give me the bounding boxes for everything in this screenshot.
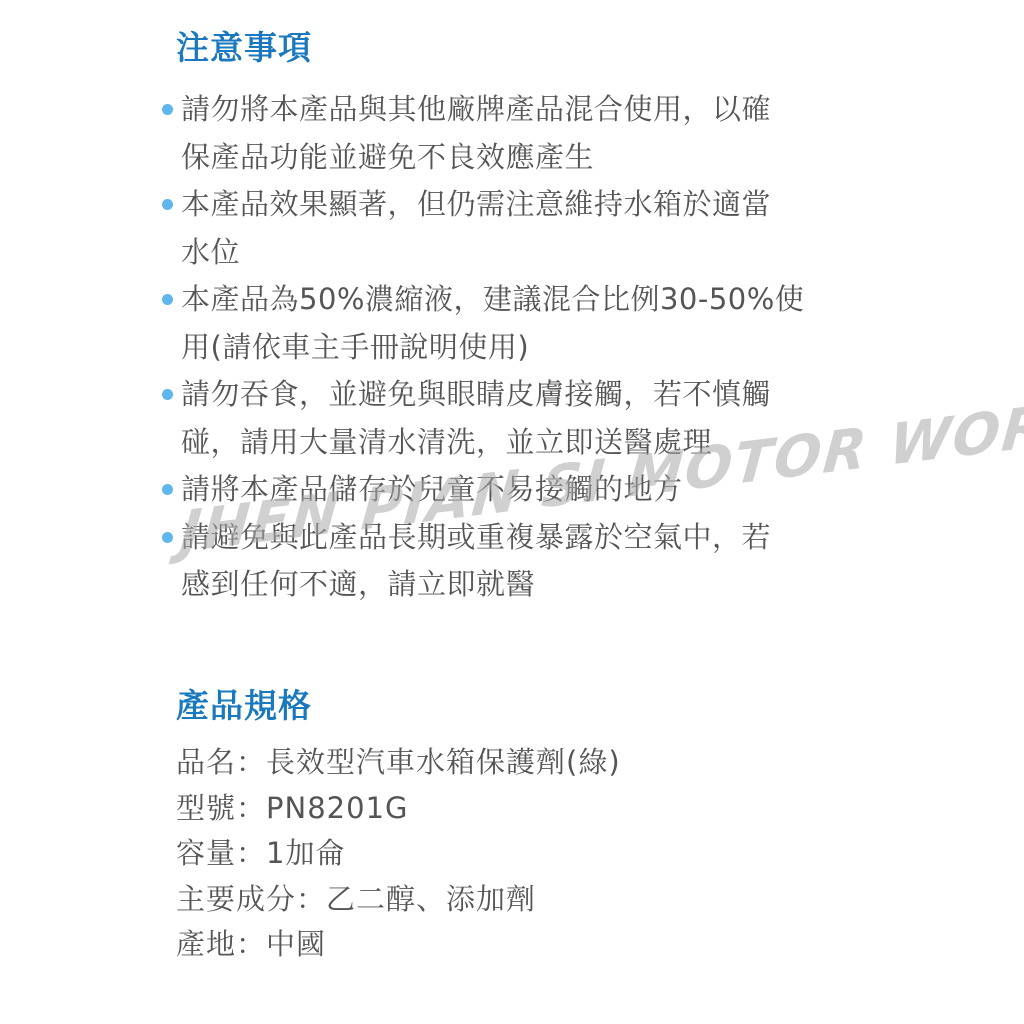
spec-row-model: 型號：PN8201G xyxy=(176,786,621,832)
notes-list: 請勿將本產品與其他廠牌產品混合使用，以確 保產品功能並避免不良效應產生 本產品效… xyxy=(160,86,860,609)
note-item: 請將本產品儲存於兒童不易接觸的地方 xyxy=(160,466,860,514)
bullet-dot-icon xyxy=(162,199,173,210)
spec-value: PN8201G xyxy=(266,791,408,825)
spec-row-capacity: 容量：1加侖 xyxy=(176,831,621,877)
notes-section-title: 注意事項 xyxy=(176,28,312,68)
note-line: 用(請依車主手冊說明使用) xyxy=(181,324,860,372)
spec-row-origin: 產地：中國 xyxy=(176,922,621,968)
spec-list: 品名：長效型汽車水箱保護劑(綠) 型號：PN8201G 容量：1加侖 主要成分：… xyxy=(176,740,621,968)
note-line: 水位 xyxy=(181,229,860,277)
note-line: 請將本產品儲存於兒童不易接觸的地方 xyxy=(181,466,860,514)
bullet-dot-icon xyxy=(162,532,173,543)
note-line: 請勿將本產品與其他廠牌產品混合使用，以確 xyxy=(181,86,860,134)
spec-value: 1加侖 xyxy=(266,836,345,870)
spec-label: 型號 xyxy=(176,791,236,825)
spec-row-name: 品名：長效型汽車水箱保護劑(綠) xyxy=(176,740,621,786)
note-item: 本產品為50%濃縮液，建議混合比例30-50%使 用(請依車主手冊說明使用) xyxy=(160,276,860,371)
spec-label: 產地 xyxy=(176,927,236,961)
spec-separator: ： xyxy=(236,836,266,870)
spec-label: 主要成分 xyxy=(176,882,296,916)
note-line: 本產品效果顯著，但仍需注意維持水箱於適當 xyxy=(181,181,860,229)
bullet-dot-icon xyxy=(162,294,173,305)
spec-separator: ： xyxy=(236,927,266,961)
note-item: 本產品效果顯著，但仍需注意維持水箱於適當 水位 xyxy=(160,181,860,276)
bullet-dot-icon xyxy=(162,484,173,495)
note-line: 感到任何不適，請立即就醫 xyxy=(181,561,860,609)
note-line: 本產品為50%濃縮液，建議混合比例30-50%使 xyxy=(181,276,860,324)
bullet-dot-icon xyxy=(162,104,173,115)
spec-label: 品名 xyxy=(176,745,236,779)
spec-separator: ： xyxy=(236,745,266,779)
spec-label: 容量 xyxy=(176,836,236,870)
spec-separator: ： xyxy=(296,882,326,916)
spec-value: 中國 xyxy=(266,927,326,961)
spec-value: 長效型汽車水箱保護劑(綠) xyxy=(266,745,621,779)
note-item: 請勿將本產品與其他廠牌產品混合使用，以確 保產品功能並避免不良效應產生 xyxy=(160,86,860,181)
spec-row-ingredients: 主要成分：乙二醇、添加劑 xyxy=(176,877,621,923)
note-line: 請避免與此產品長期或重複暴露於空氣中，若 xyxy=(181,514,860,562)
specs-section-title: 產品規格 xyxy=(176,686,312,726)
bullet-dot-icon xyxy=(162,389,173,400)
note-line: 保產品功能並避免不良效應產生 xyxy=(181,134,860,182)
note-line: 請勿吞食，並避免與眼睛皮膚接觸，若不慎觸 xyxy=(181,371,860,419)
spec-value: 乙二醇、添加劑 xyxy=(326,882,536,916)
note-item: 請避免與此產品長期或重複暴露於空氣中，若 感到任何不適，請立即就醫 xyxy=(160,514,860,609)
note-line: 碰，請用大量清水清洗，並立即送醫處理 xyxy=(181,419,860,467)
note-item: 請勿吞食，並避免與眼睛皮膚接觸，若不慎觸 碰，請用大量清水清洗，並立即送醫處理 xyxy=(160,371,860,466)
spec-separator: ： xyxy=(236,791,266,825)
